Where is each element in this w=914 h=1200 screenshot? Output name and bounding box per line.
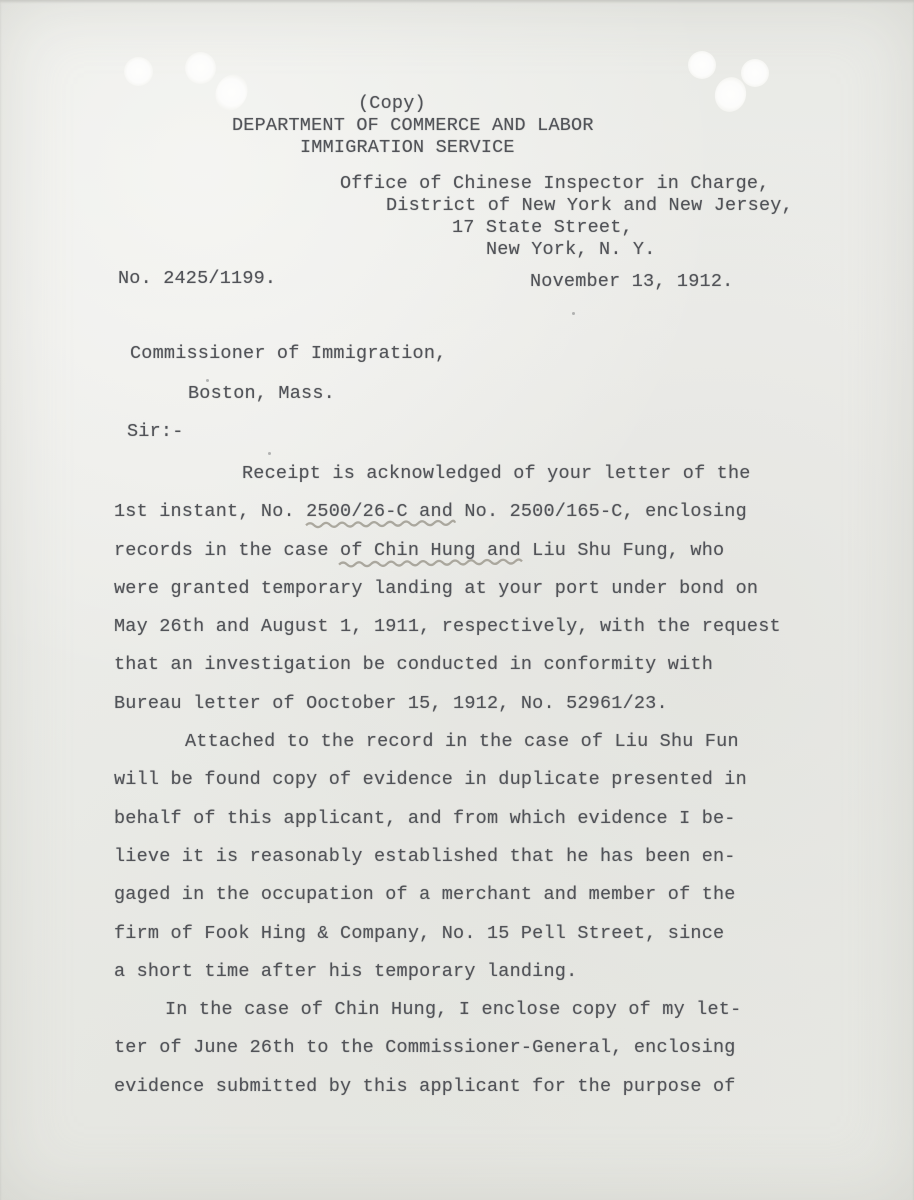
ink-speck: [268, 452, 271, 455]
body-line: Attached to the record in the case of Li…: [114, 723, 781, 761]
body-line: lieve it is reasonably established that …: [114, 838, 781, 876]
file-number: No. 2425/1199.: [118, 268, 276, 289]
body-line: that an investigation be conducted in co…: [114, 646, 781, 684]
body-line: Receipt is acknowledged of your letter o…: [114, 455, 781, 493]
office-address-line: 17 State Street,: [452, 217, 633, 238]
body-line: In the case of Chin Hung, I enclose copy…: [114, 991, 781, 1029]
body-line: were granted temporary landing at your p…: [114, 570, 781, 608]
hole-punch: [185, 52, 216, 84]
letter-body: Receipt is acknowledged of your letter o…: [114, 455, 781, 1106]
body-line: records in the case of Chin Hung and Liu…: [114, 532, 781, 570]
copy-label: (Copy): [358, 93, 426, 114]
hole-punch: [210, 69, 253, 115]
office-address-line: District of New York and New Jersey,: [386, 195, 793, 216]
office-address-line: Office of Chinese Inspector in Charge,: [340, 173, 769, 194]
body-line: 1st instant, No. 2500/26-C and No. 2500/…: [114, 493, 781, 531]
body-line: May 26th and August 1, 1911, respectivel…: [114, 608, 781, 646]
scanned-letter-page: (Copy) DEPARTMENT OF COMMERCE AND LABOR …: [0, 0, 914, 1200]
body-line: gaged in the occupation of a merchant an…: [114, 876, 781, 914]
body-line: evidence submitted by this applicant for…: [114, 1068, 781, 1106]
hole-punch: [741, 59, 769, 87]
body-line: will be found copy of evidence in duplic…: [114, 761, 781, 799]
office-address-line: New York, N. Y.: [486, 239, 656, 260]
body-line: ter of June 26th to the Commissioner-Gen…: [114, 1029, 781, 1067]
service-title: IMMIGRATION SERVICE: [300, 137, 515, 158]
ink-speck: [572, 312, 575, 315]
hole-punch: [688, 51, 716, 79]
recipient-name: Commissioner of Immigration,: [130, 343, 446, 364]
body-line: Bureau letter of Ooctober 15, 1912, No. …: [114, 685, 781, 723]
salutation: Sir:-: [127, 421, 184, 442]
recipient-location: Boston, Mass.: [188, 383, 335, 404]
body-line: behalf of this applicant, and from which…: [114, 800, 781, 838]
body-line: a short time after his temporary landing…: [114, 953, 781, 991]
ink-speck: [206, 379, 209, 382]
letter-date: November 13, 1912.: [530, 271, 733, 292]
hole-punch: [124, 57, 153, 86]
department-title: DEPARTMENT OF COMMERCE AND LABOR: [232, 115, 594, 136]
body-line: firm of Fook Hing & Company, No. 15 Pell…: [114, 915, 781, 953]
